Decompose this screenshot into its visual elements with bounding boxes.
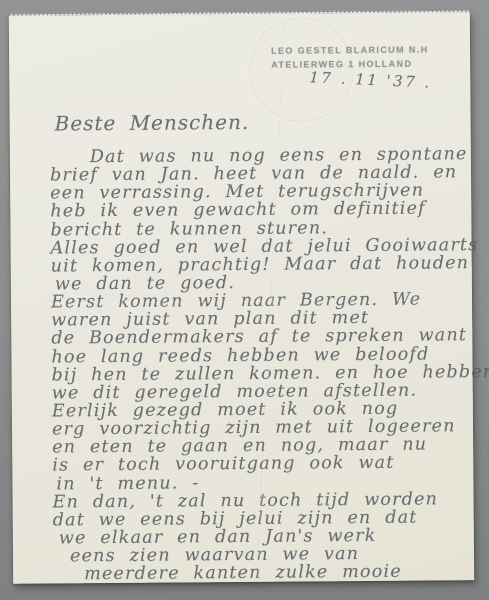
letter-paper: LEO GESTEL BLARICUM N.H ATELIERWEG 1 HOL… (9, 12, 474, 584)
letter-body: Dat was nu nog eens en spontane brief va… (50, 144, 463, 583)
letter-line: meerdere kanten zulke mooie (84, 562, 463, 583)
letter-line: we dit geregeld moeten afstellen. (52, 380, 462, 401)
letter-line: dat we eens bij jelui zijn en dat (53, 507, 463, 528)
letter-photo: LEO GESTEL BLARICUM N.H ATELIERWEG 1 HOL… (0, 0, 489, 600)
letter-line: uit komen, prachtig! Maar dat houden (51, 253, 461, 274)
salutation: Beste Menschen. (55, 110, 250, 136)
address-stamp: LEO GESTEL BLARICUM N.H ATELIERWEG 1 HOL… (271, 44, 429, 72)
perforated-edge (10, 9, 469, 16)
stamp-line-1: LEO GESTEL BLARICUM N.H (271, 44, 429, 59)
letter-line: en eten te gaan en nog, maar nu (52, 435, 462, 456)
letter-line: heb ik even gewacht om definitief (50, 199, 460, 220)
